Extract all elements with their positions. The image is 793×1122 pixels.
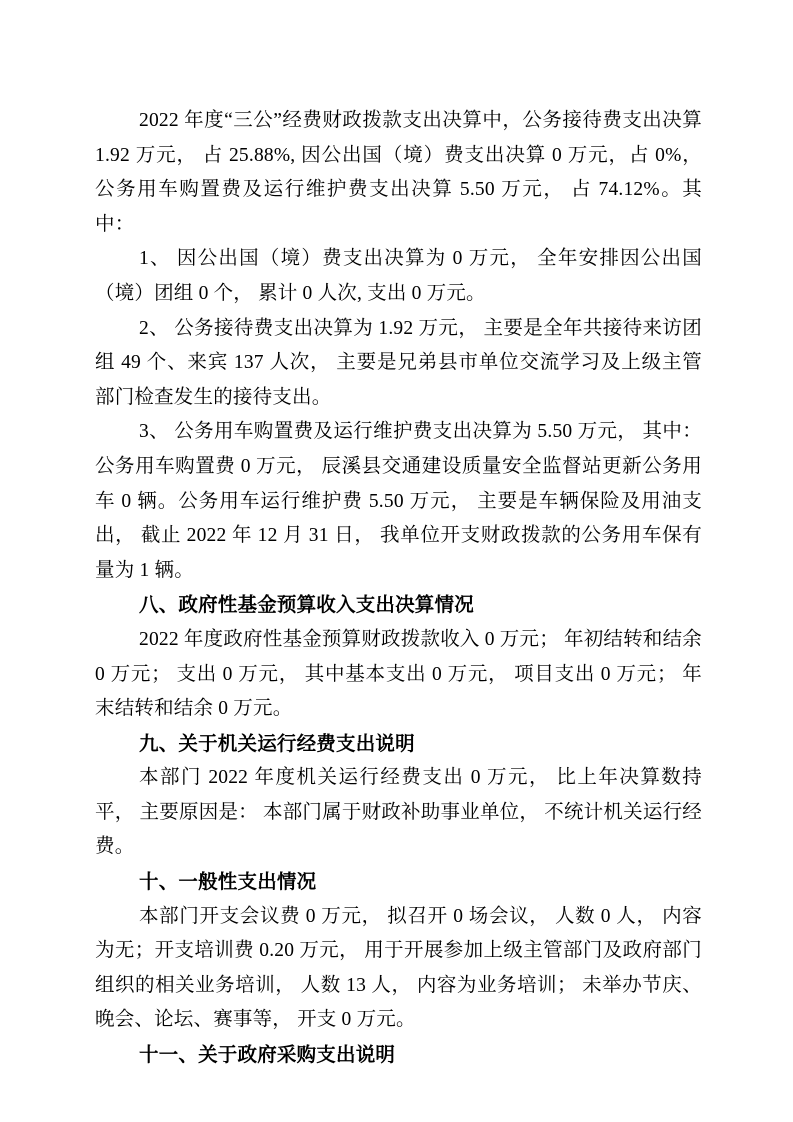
document-body: 2022 年度“三公”经费财政拨款支出决算中，公务接待费支出决算 1.92 万元… — [95, 104, 702, 1073]
para-item3-official-vehicles: 3、 公务用车购置费及运行维护费支出决算为 5.50 万元， 其中： 公务用车购… — [95, 415, 702, 588]
para-general-expense-detail: 本部门开支会议费 0 万元， 拟召开 0 场会议， 人数 0 人， 内容为无；开… — [95, 900, 702, 1038]
heading-section-x-general-expense: 十、一般性支出情况 — [95, 865, 702, 900]
para-sangong-summary: 2022 年度“三公”经费财政拨款支出决算中，公务接待费支出决算 1.92 万元… — [95, 104, 702, 242]
document-page: 2022 年度“三公”经费财政拨款支出决算中，公务接待费支出决算 1.92 万元… — [0, 0, 793, 1122]
para-item1-overseas-trips: 1、 因公出国（境）费支出决算为 0 万元， 全年安排因公出国（境）团组 0 个… — [95, 242, 702, 311]
para-gov-fund-budget-detail: 2022 年度政府性基金预算财政拨款收入 0 万元； 年初结转和结余 0 万元；… — [95, 623, 702, 727]
para-agency-operating-expense-detail: 本部门 2022 年度机关运行经费支出 0 万元， 比上年决算数持平， 主要原因… — [95, 761, 702, 865]
heading-section-ix-agency-operating-expense: 九、关于机关运行经费支出说明 — [95, 727, 702, 762]
heading-section-xi-government-procurement: 十一、关于政府采购支出说明 — [95, 1038, 702, 1073]
para-item2-official-reception: 2、 公务接待费支出决算为 1.92 万元， 主要是全年共接待来访团组 49 个… — [95, 312, 702, 416]
heading-section-viii-gov-fund-budget: 八、政府性基金预算收入支出决算情况 — [95, 588, 702, 623]
